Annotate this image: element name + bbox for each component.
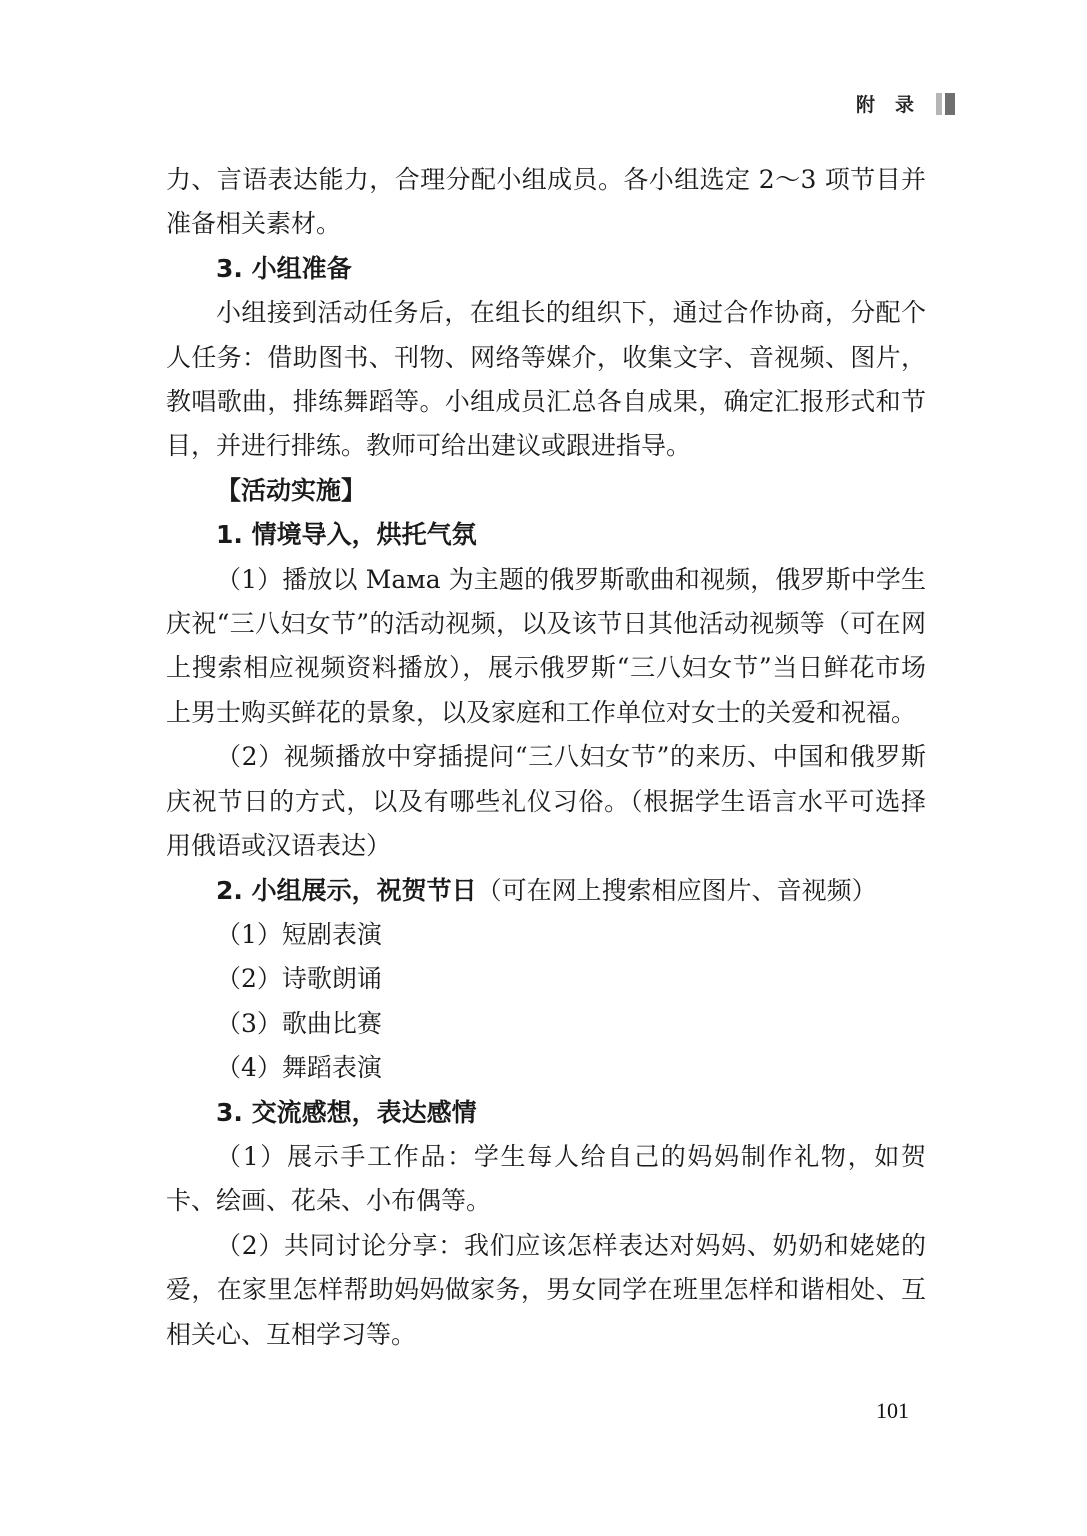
paragraph-play-videos: （1）播放以 Мама 为主题的俄罗斯歌曲和视频，俄罗斯中学生庆祝“三八妇女节”… (166, 558, 926, 736)
paragraph-questions: （2）视频播放中穿插提问“三八妇女节”的来历、中国和俄罗斯庆祝节日的方式，以及有… (166, 735, 926, 868)
heading-share-feelings: 3. 交流感想，表达感情 (166, 1091, 926, 1135)
thumb-tab-icon (936, 93, 955, 115)
heading-group-show: 2. 小组展示，祝贺节日（可在网上搜索相应图片、音视频） (166, 869, 926, 913)
list-item: （3）歌曲比赛 (166, 1002, 926, 1046)
heading-group-show-note: （可在网上搜索相应图片、音视频） (477, 876, 877, 905)
heading-scene-intro: 1. 情境导入，烘托气氛 (166, 513, 926, 557)
heading-activity-implementation: 【活动实施】 (166, 469, 926, 513)
tab-bar-light (936, 93, 942, 115)
running-head: 附录 (856, 90, 955, 117)
page-number: 101 (876, 1398, 909, 1424)
heading-group-show-text: 2. 小组展示，祝贺节日 (216, 876, 477, 905)
section-title: 附录 (856, 90, 934, 117)
page-body: 力、言语表达能力，合理分配小组成员。各小组选定 2～3 项节目并准备相关素材。 … (166, 158, 926, 1357)
paragraph-group-prep: 小组接到活动任务后，在组长的组织下，通过合作协商，分配个人任务：借助图书、刊物、… (166, 291, 926, 469)
list-item: （1）短剧表演 (166, 913, 926, 957)
list-item: （2）诗歌朗诵 (166, 957, 926, 1001)
heading-group-prep: 3. 小组准备 (166, 247, 926, 291)
paragraph-discussion: （2）共同讨论分享：我们应该怎样表达对妈妈、奶奶和姥姥的爱，在家里怎样帮助妈妈做… (166, 1224, 926, 1357)
paragraph-continued: 力、言语表达能力，合理分配小组成员。各小组选定 2～3 项节目并准备相关素材。 (166, 158, 926, 247)
paragraph-handicrafts: （1）展示手工作品：学生每人给自己的妈妈制作礼物，如贺卡、绘画、花朵、小布偶等。 (166, 1135, 926, 1224)
tab-bar-dark (945, 93, 955, 115)
list-item: （4）舞蹈表演 (166, 1046, 926, 1090)
